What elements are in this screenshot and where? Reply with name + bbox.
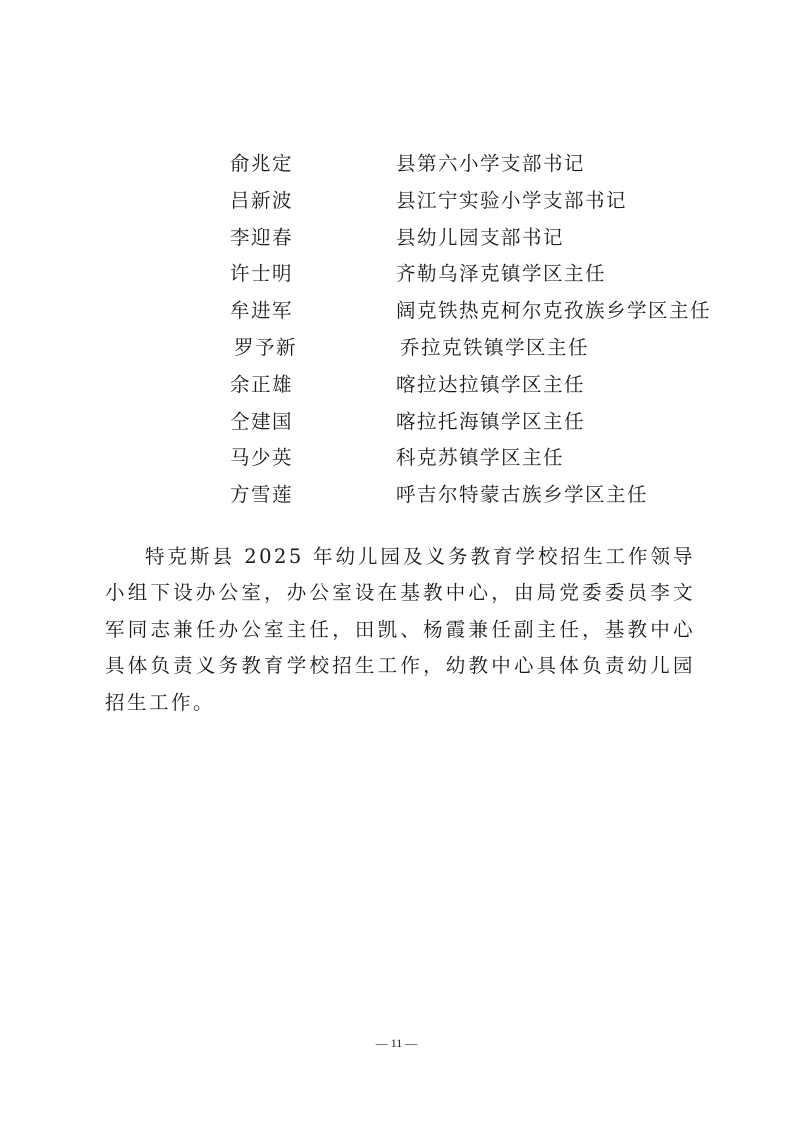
member-name: 罗予新 <box>234 330 297 367</box>
member-role: 阔克铁热克柯尔克孜族乡学区主任 <box>396 293 711 330</box>
member-role: 乔拉克铁镇学区主任 <box>400 330 589 367</box>
member-name: 吕新波 <box>230 183 293 220</box>
member-role: 喀拉托海镇学区主任 <box>396 404 585 441</box>
member-name: 许士明 <box>230 256 293 293</box>
member-role: 齐勒乌泽克镇学区主任 <box>396 256 606 293</box>
member-role: 喀拉达拉镇学区主任 <box>396 367 585 404</box>
member-role: 呼吉尔特蒙古族乡学区主任 <box>396 477 648 514</box>
member-name: 李迎春 <box>230 220 293 257</box>
member-name: 余正雄 <box>230 367 293 404</box>
member-name: 仝建国 <box>230 404 293 441</box>
office-paragraph: 特克斯县 2025 年幼儿园及义务教育学校招生工作领导小组下设办公室，办公室设在… <box>105 539 695 722</box>
member-role: 县第六小学支部书记 <box>396 146 585 183</box>
member-name: 马少英 <box>230 440 293 477</box>
member-role: 县江宁实验小学支部书记 <box>396 183 627 220</box>
member-name: 牟进军 <box>230 293 293 330</box>
member-name: 方雪莲 <box>230 477 293 514</box>
member-role: 科克苏镇学区主任 <box>396 440 564 477</box>
page-number: — 11 — <box>0 1036 793 1051</box>
member-name: 俞兆定 <box>230 146 293 183</box>
member-role: 县幼儿园支部书记 <box>396 220 564 257</box>
